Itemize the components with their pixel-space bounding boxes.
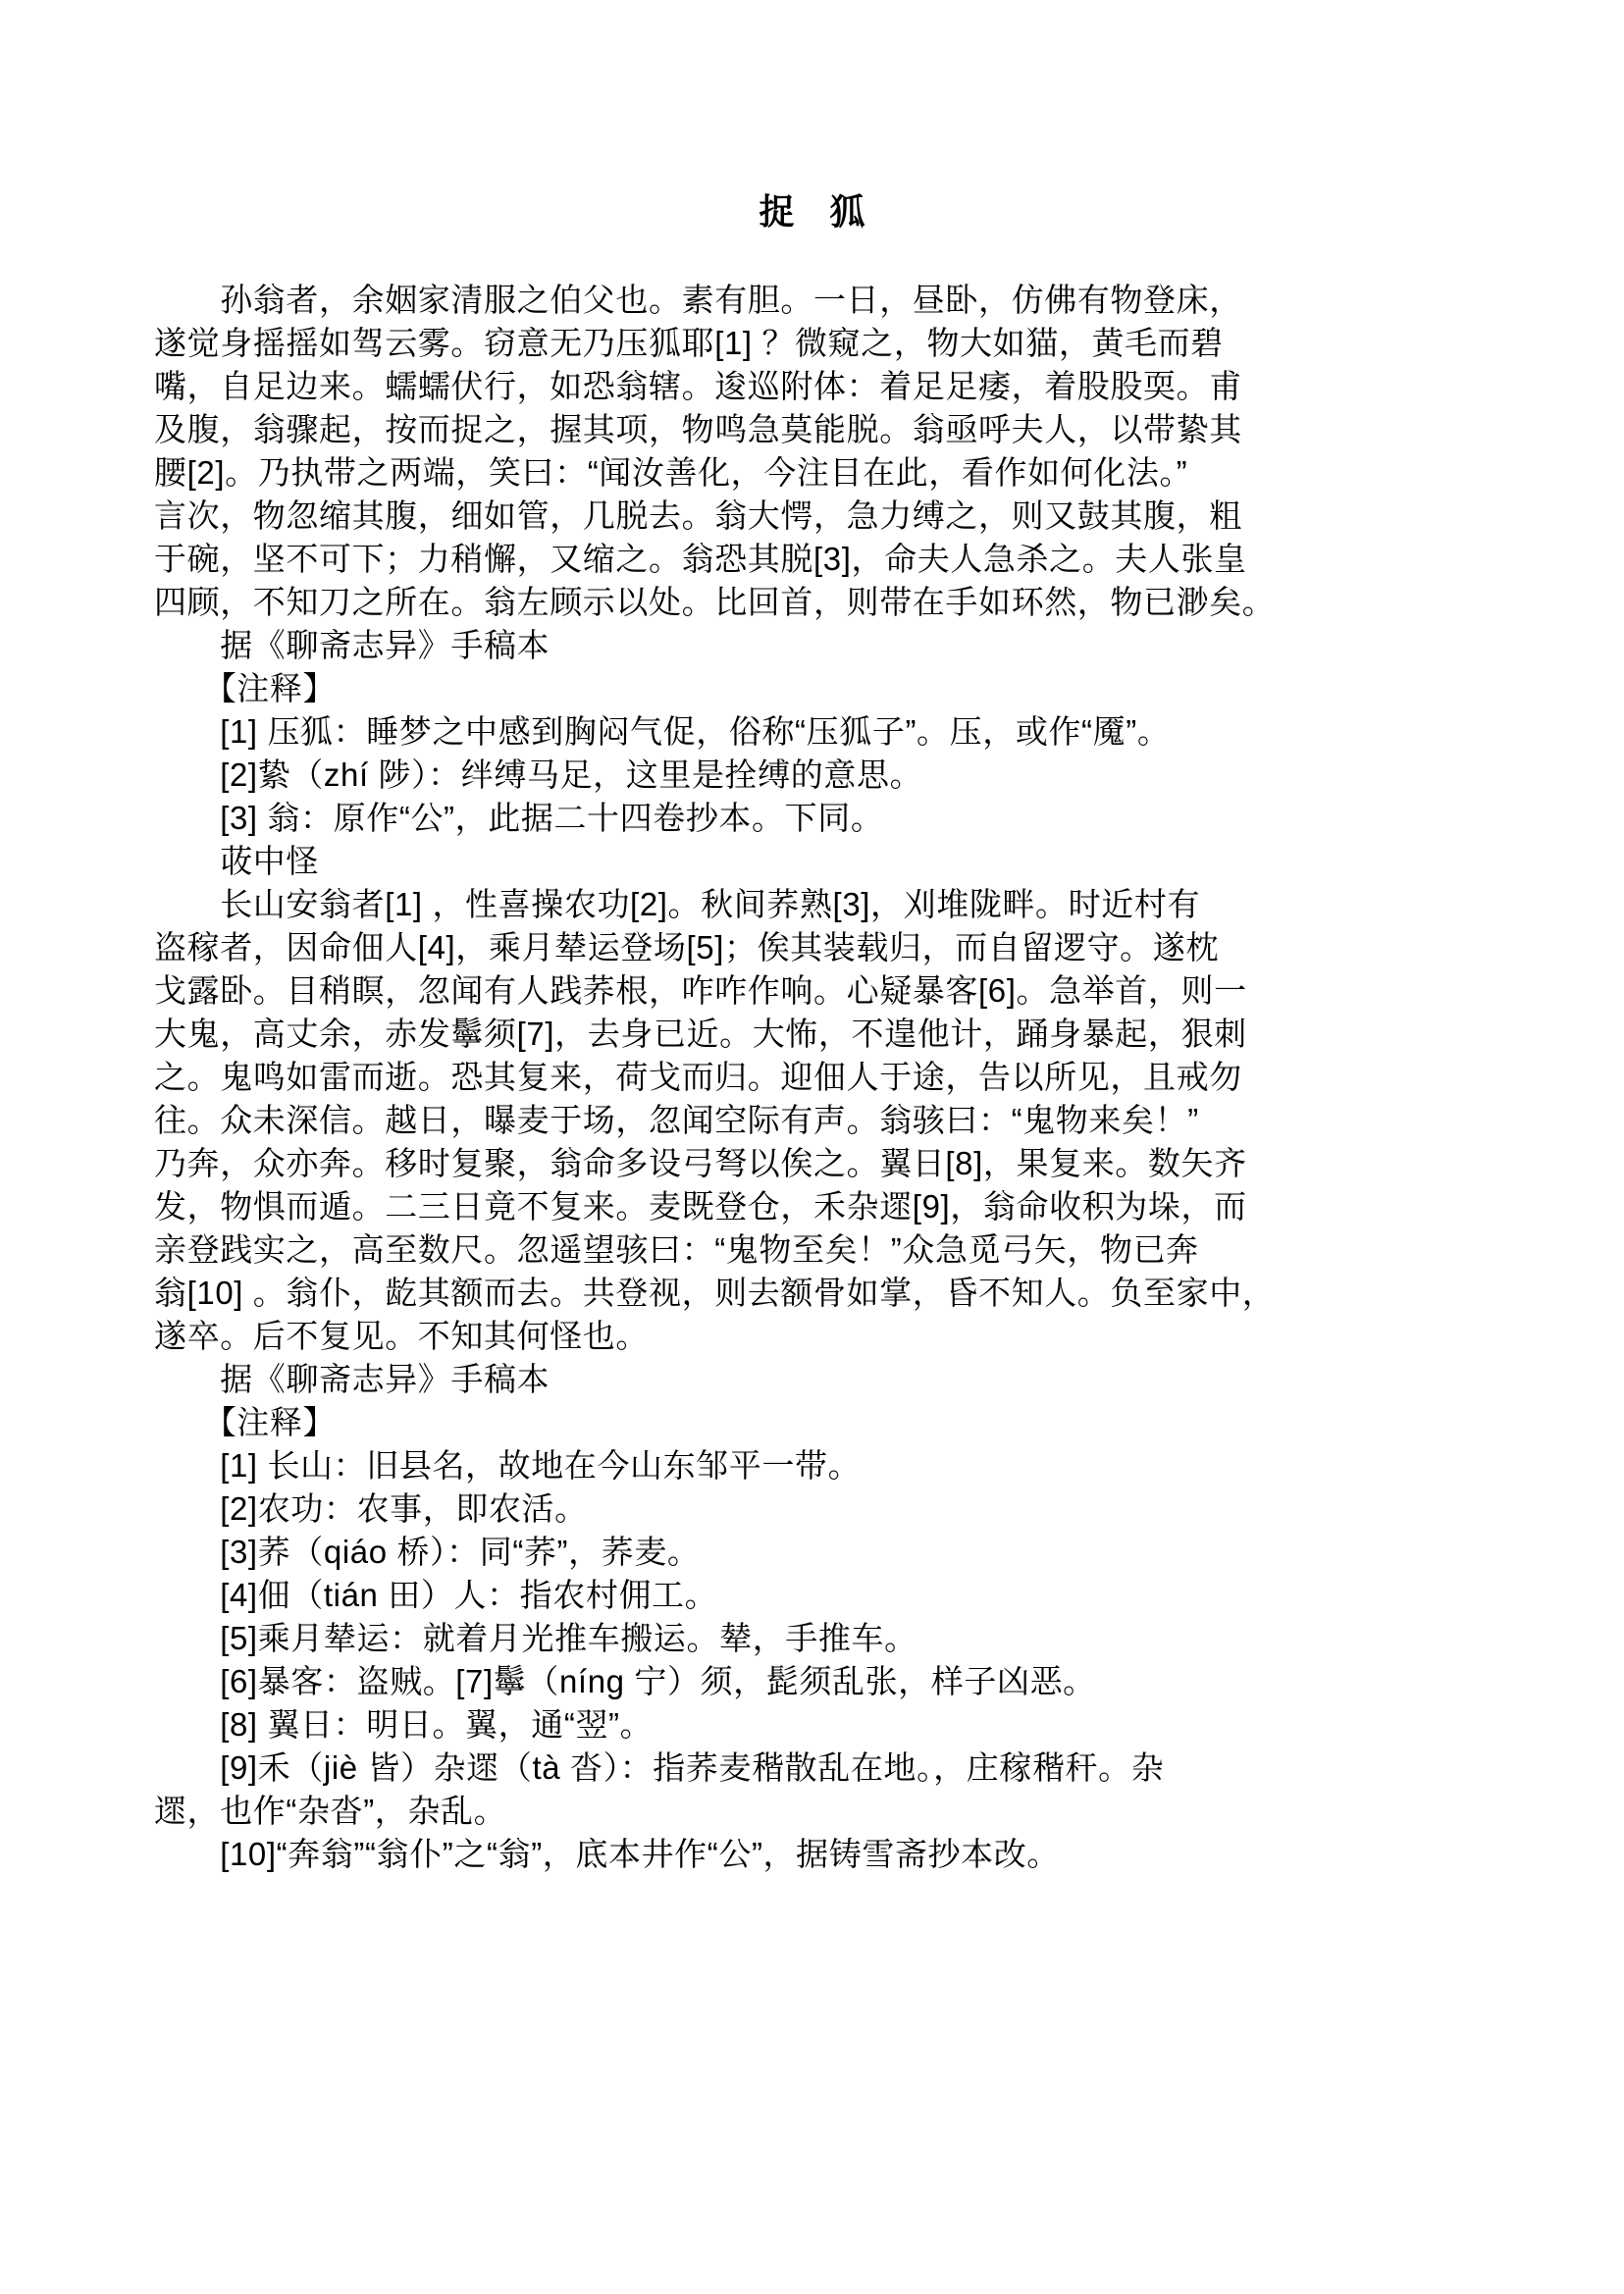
- text-line: 嘴，自足边来。蠕蠕伏行，如恐翁辖。逡巡附体：着足足痿，着股股耎。甫: [154, 365, 1489, 408]
- text-line: 翁[10] 。翁仆，龁其额而去。共登视，则去额骨如掌，昏不知人。负至家中，: [154, 1272, 1489, 1315]
- text-line: [1] 长山：旧县名，故地在今山东邹平一带。: [154, 1444, 1489, 1487]
- text-line: 孙翁者，余姻家清服之伯父也。素有胆。一日，昼卧，仿佛有物登床，: [154, 279, 1489, 322]
- text-line: 四顾，不知刀之所在。翁左顾示以处。比回首，则带在手如环然，物已渺矣。: [154, 581, 1489, 624]
- text-line: 【注释】: [154, 1401, 1489, 1444]
- text-line: 言次，物忽缩其腹，细如管，几脱去。翁大愕，急力缚之，则又鼓其腹，粗: [154, 495, 1489, 538]
- text-line: 遂觉身摇摇如驾云雾。窃意无乃压狐耶[1] ？微窥之，物大如猫，黄毛而碧: [154, 322, 1489, 365]
- text-line: 据《聊斋志异》手稿本: [154, 624, 1489, 667]
- text-line: 往。众未深信。越日，曝麦于场，忽闻空际有声。翁骇曰：“鬼物来矣！”: [154, 1099, 1489, 1142]
- text-line: 乃奔，众亦奔。移时复聚，翁命多设弓弩以俟之。翼日[8]，果复来。数矢齐: [154, 1142, 1489, 1185]
- text-line: 发，物惧而遁。二三日竟不复来。麦既登仓，禾杂遝[9]，翁命收积为垛，而: [154, 1185, 1489, 1228]
- text-line: [6]暴客：盗贼。[7]鬡（níng 宁）须，髭须乱张，样子凶恶。: [154, 1660, 1489, 1703]
- text-line: [3]荞（qiáo 桥）：同“荞”，荞麦。: [154, 1531, 1489, 1574]
- text-line: 亲登践实之，高至数尺。忽遥望骇曰：“鬼物至矣！”众急觅弓矢，物已奔: [154, 1228, 1489, 1272]
- text-line: 长山安翁者[1] ，性喜操农功[2]。秋间荞熟[3]，刈堆陇畔。时近村有: [154, 883, 1489, 926]
- text-line: [5]乘月辇运：就着月光推车搬运。辇，手推车。: [154, 1617, 1489, 1660]
- document-body: 孙翁者，余姻家清服之伯父也。素有胆。一日，昼卧，仿佛有物登床，遂觉身摇摇如驾云雾…: [154, 279, 1489, 1876]
- text-line: [2]絷（zhí 陟）：绊缚马足，这里是拴缚的意思。: [154, 754, 1489, 797]
- text-line: 盗稼者，因命佃人[4]，乘月辇运登场[5]；俟其装载归，而自留逻守。遂枕: [154, 926, 1489, 969]
- text-line: [9]禾（jiè 皆）杂遝（tà 沓）：指荞麦稭散乱在地。，庄稼稭秆。杂: [154, 1747, 1489, 1790]
- text-line: 【注释】: [154, 667, 1489, 710]
- text-line: [1] 压狐：睡梦之中感到胸闷气促，俗称“压狐子”。压，或作“魇”。: [154, 710, 1489, 754]
- text-line: [2]农功：农事，即农活。: [154, 1487, 1489, 1531]
- text-line: 遝，也作“杂沓”，杂乱。: [154, 1790, 1489, 1833]
- text-line: [8] 翼日：明日。翼，通“翌”。: [154, 1703, 1489, 1747]
- text-line: 戈露卧。目稍瞑，忽闻有人践荞根，咋咋作响。心疑暴客[6]。急举首，则一: [154, 969, 1489, 1013]
- document-page: 捉 狐 孙翁者，余姻家清服之伯父也。素有胆。一日，昼卧，仿佛有物登床，遂觉身摇摇…: [0, 0, 1624, 2294]
- text-line: [10]“奔翁”“翁仆”之“翁”，底本井作“公”，据铸雪斋抄本改。: [154, 1833, 1489, 1876]
- text-line: 荍中怪: [154, 840, 1489, 883]
- text-line: 大鬼，高丈余，赤发鬡须[7]，去身已近。大怖，不遑他计，踊身暴起，狠刺: [154, 1013, 1489, 1056]
- document-title: 捉 狐: [0, 189, 1624, 235]
- text-line: 及腹，翁骤起，按而捉之，握其项，物鸣急莫能脱。翁亟呼夫人，以带絷其: [154, 408, 1489, 451]
- text-line: 据《聊斋志异》手稿本: [154, 1358, 1489, 1401]
- text-line: [3] 翁：原作“公”，此据二十四卷抄本。下同。: [154, 797, 1489, 840]
- text-line: 之。鬼鸣如雷而逝。恐其复来，荷戈而归。迎佃人于途，告以所见，且戒勿: [154, 1056, 1489, 1099]
- text-line: 遂卒。后不复见。不知其何怪也。: [154, 1315, 1489, 1358]
- text-line: 于碗，坚不可下；力稍懈，又缩之。翁恐其脱[3]，命夫人急杀之。夫人张皇: [154, 538, 1489, 581]
- text-line: [4]佃（tián 田）人：指农村佣工。: [154, 1574, 1489, 1617]
- text-line: 腰[2]。乃执带之两端，笑曰：“闻汝善化，今注目在此，看作如何化法。”: [154, 451, 1489, 495]
